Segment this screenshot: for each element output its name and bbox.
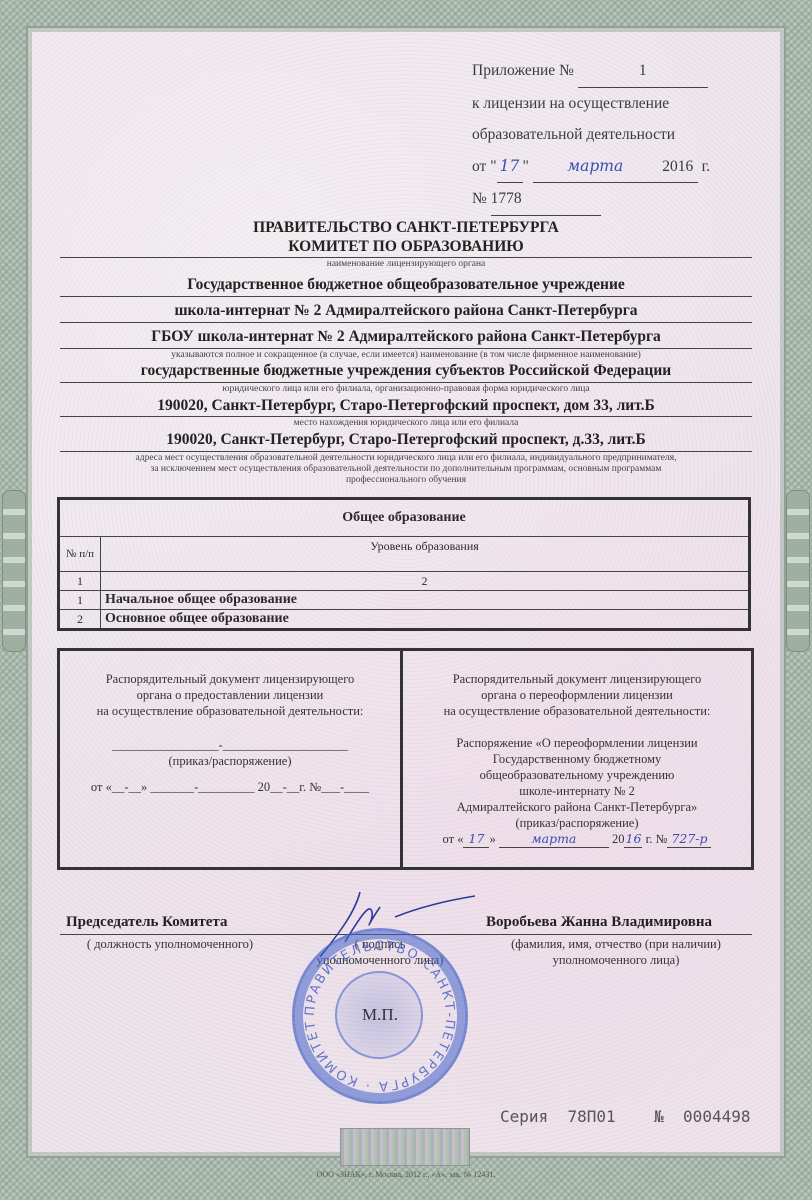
licensing-body-line1: ПРАВИТЕЛЬСТВО САНКТ-ПЕТЕРБУРГА <box>60 218 752 237</box>
form-number: 0004498 <box>683 1107 750 1126</box>
rule <box>60 451 752 452</box>
rule <box>60 296 752 297</box>
rule <box>60 348 752 349</box>
table-row: 1 Начальное общее образование <box>59 591 750 610</box>
reissue-document-box: Распорядительный документ лицензирующего… <box>400 648 754 870</box>
signer-name: Воробьева Жанна Владимировна <box>486 914 712 931</box>
security-hologram <box>340 1128 470 1166</box>
org-activity-address-caption: адреса мест осуществления образовательно… <box>60 453 752 486</box>
index-cell: 2 <box>101 572 750 591</box>
grant-date-line: от «__-__» _______-_________ 20__-__г. №… <box>60 779 400 795</box>
right-ornament-panel <box>786 490 810 652</box>
appendix-date-year: 2016 <box>658 151 698 184</box>
licensing-body-line2: КОМИТЕТ ПО ОБРАЗОВАНИЮ <box>60 237 752 256</box>
licensing-body-caption: наименование лицензирующего органа <box>60 259 752 270</box>
index-cell: 1 <box>59 572 101 591</box>
left-ornament-panel <box>2 490 26 652</box>
org-activity-address: 190020, Санкт-Петербург, Старо-Петергофс… <box>60 431 752 449</box>
order-number: 727-р <box>667 831 711 848</box>
appendix-date-month: марта <box>533 151 658 184</box>
org-legal-form: государственные бюджетные учреждения суб… <box>60 362 752 380</box>
seal-mp-label: М.П. <box>295 1005 465 1025</box>
license-number: 1778 <box>491 183 601 216</box>
appendix-header: Приложение № 1 к лицензии на осуществлен… <box>472 55 710 216</box>
printer-imprint: ООО «ЗНАК», г. Москва, 2012 г., «А», зак… <box>60 1170 752 1179</box>
appendix-line3: образовательной деятельности <box>472 119 710 151</box>
series-code: 78П01 <box>567 1107 615 1126</box>
grant-blank-line: _________________-____________________ <box>60 737 400 753</box>
org-name-caption: указываются полное и сокращенное (в случ… <box>60 350 752 361</box>
serial-number: Серия 78П01 № 0004498 <box>500 1107 750 1126</box>
rule <box>60 322 752 323</box>
signer-position: Председатель Комитета <box>66 914 227 931</box>
col-num-header: № п/п <box>59 537 101 572</box>
appendix-date-day: 17 <box>497 151 523 184</box>
org-short-name: ГБОУ школа-интернат № 2 Адмиралтейского … <box>60 328 752 346</box>
rule <box>60 257 752 258</box>
reissue-date-line: от «17» марта 2016 г. №727-р <box>403 831 751 848</box>
table-row: 2 Основное общее образование <box>59 610 750 630</box>
appendix-number: 1 <box>578 55 708 88</box>
position-caption: ( должность уполномоченного) <box>60 936 280 952</box>
org-full-name-1: Государственное бюджетное общеобразовате… <box>60 276 752 294</box>
education-levels-table: Общее образование № п/п Уровень образова… <box>57 497 751 631</box>
licensing-body: ПРАВИТЕЛЬСТВО САНКТ-ПЕТЕРБУРГА КОМИТЕТ П… <box>60 218 752 256</box>
org-legal-address: 190020, Санкт-Петербург, Старо-Петергофс… <box>60 397 752 415</box>
org-legal-address-caption: место нахождения юридического лица или е… <box>60 418 752 429</box>
appendix-line2: к лицензии на осуществление <box>472 88 710 120</box>
grant-document-box: Распорядительный документ лицензирующего… <box>57 648 403 870</box>
rule <box>60 382 752 383</box>
appendix-label: Приложение № <box>472 62 574 79</box>
col-level-header: Уровень образования <box>101 537 750 572</box>
org-legal-form-caption: юридического лица или его филиала, орган… <box>60 384 752 395</box>
rule <box>60 416 752 417</box>
table-title: Общее образование <box>59 499 750 537</box>
name-caption: (фамилия, имя, отчество (при наличии) уп… <box>476 936 756 968</box>
org-full-name-2: школа-интернат № 2 Адмиралтейского район… <box>60 302 752 320</box>
official-seal: ПРАВИТЕЛЬСТВО САНКТ-ПЕТЕРБУРГА · КОМИТЕТ… <box>292 928 468 1104</box>
